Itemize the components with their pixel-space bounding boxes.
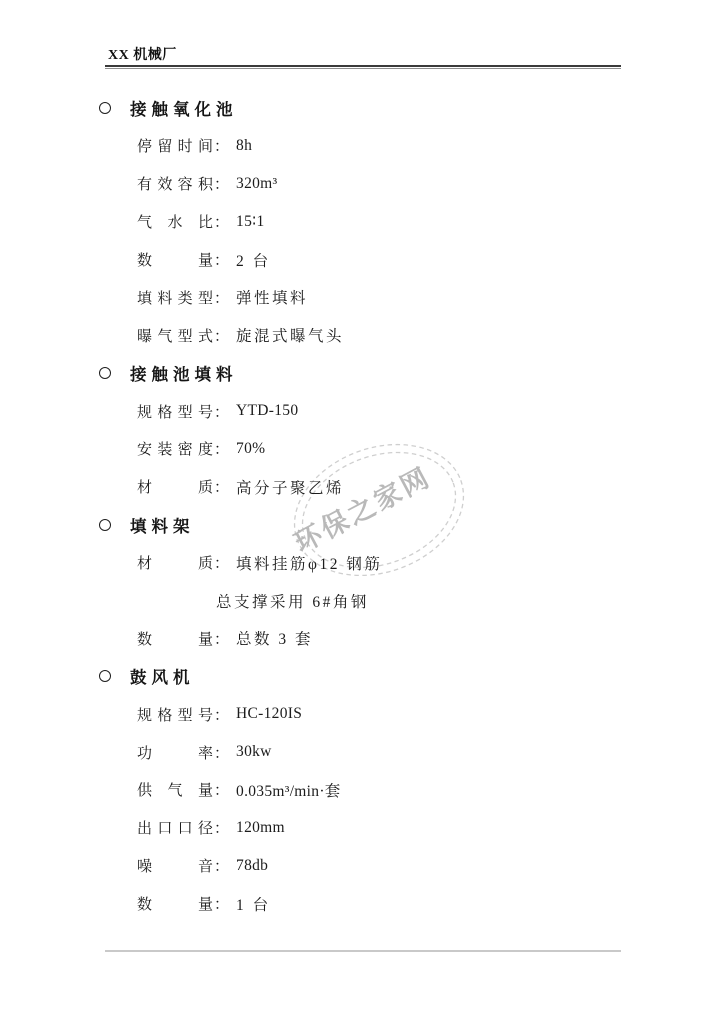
spec-row: 噪音 ： 78db xyxy=(0,847,728,885)
spec-colon: ： xyxy=(214,742,229,763)
spec-label: 规格型号 xyxy=(137,704,213,725)
spec-value: 填料挂筋φ12 钢筋 xyxy=(236,552,382,574)
spec-colon: ： xyxy=(214,287,229,308)
spec-value: YTD-150 xyxy=(236,402,298,420)
spec-label: 曝气型式 xyxy=(137,325,213,346)
circle-bullet-icon xyxy=(99,670,111,682)
spec-colon: ： xyxy=(214,211,229,232)
spec-colon: ： xyxy=(214,893,229,914)
spec-label: 停留时间 xyxy=(137,135,213,156)
spec-label: 出口口径 xyxy=(137,817,213,838)
section-title: 鼓风机 xyxy=(130,664,195,688)
spec-row: 有效容积 ： 320m³ xyxy=(0,165,728,203)
spec-value: 弹性填料 xyxy=(236,286,308,308)
spec-row: 出口口径 ： 120mm xyxy=(0,809,728,847)
spec-row: 曝气型式 ： 旋混式曝气头 xyxy=(0,316,728,354)
spec-colon: ： xyxy=(214,325,229,346)
spec-value: 15∶1 xyxy=(236,212,264,231)
spec-value: 30kw xyxy=(236,743,272,761)
spec-label: 功率 xyxy=(137,742,213,763)
spec-label: 数量 xyxy=(137,893,213,914)
spec-row: 数量 ： 1 台 xyxy=(0,885,728,923)
section-title: 接触氧化池 xyxy=(130,96,238,120)
spec-row: 气水比 ： 15∶1 xyxy=(0,203,728,241)
spec-colon: ： xyxy=(214,855,229,876)
spec-value: 320m³ xyxy=(236,175,277,193)
section-heading: 接触氧化池 xyxy=(0,89,728,127)
section-title: 填料架 xyxy=(130,513,195,537)
spec-value: 8h xyxy=(236,137,252,155)
spec-value: HC-120IS xyxy=(236,705,302,723)
spec-row: 功率 ： 30kw xyxy=(0,733,728,771)
spec-label: 有效容积 xyxy=(137,173,213,194)
spec-value: 1 台 xyxy=(236,893,271,915)
document-page: { "page": { "background": "#ffffff", "te… xyxy=(0,0,728,1030)
header-rule-thin xyxy=(105,68,621,69)
section-heading: 填料架 xyxy=(0,506,728,544)
spec-row: 停留时间 ： 8h xyxy=(0,127,728,165)
spec-label: 供气量 xyxy=(137,779,213,800)
header-rule-thick xyxy=(105,65,621,67)
spec-row: 填料类型 ： 弹性填料 xyxy=(0,278,728,316)
spec-row: 数量 ： 2 台 xyxy=(0,241,728,279)
spec-colon: ： xyxy=(214,817,229,838)
spec-colon: ： xyxy=(214,173,229,194)
spec-colon: ： xyxy=(214,704,229,725)
spec-label: 材质 xyxy=(137,552,213,573)
spec-row: 安装密度 ： 70% xyxy=(0,430,728,468)
spec-value: 0.035m³/min·套 xyxy=(236,779,341,801)
spec-list: 接触氧化池 停留时间 ： 8h 有效容积 ： 320m³ 气水比 ： 15∶1 … xyxy=(0,89,728,923)
spec-row: 规格型号 ： YTD-150 xyxy=(0,392,728,430)
spec-label: 数量 xyxy=(137,628,213,649)
circle-bullet-icon xyxy=(99,102,111,114)
section-heading: 鼓风机 xyxy=(0,657,728,695)
section-title: 接触池填料 xyxy=(130,361,238,385)
spec-row: 材质 ： 高分子聚乙烯 xyxy=(0,468,728,506)
spec-colon: ： xyxy=(214,135,229,156)
spec-value: 旋混式曝气头 xyxy=(236,324,344,346)
spec-value: 高分子聚乙烯 xyxy=(236,476,344,498)
spec-label: 安装密度 xyxy=(137,438,213,459)
spec-colon: ： xyxy=(214,476,229,497)
spec-label: 材质 xyxy=(137,476,213,497)
page-header: XX 机械厂 xyxy=(105,47,621,69)
spec-value: 总支撑采用 6#角钢 xyxy=(216,590,369,612)
circle-bullet-icon xyxy=(99,519,111,531)
spec-row: 供气量 ： 0.035m³/min·套 xyxy=(0,771,728,809)
spec-value: 78db xyxy=(236,857,268,875)
footer-rule xyxy=(105,950,621,952)
spec-label: 规格型号 xyxy=(137,401,213,422)
spec-row: 规格型号 ： HC-120IS xyxy=(0,695,728,733)
spec-row: 数量 ： 总数 3 套 xyxy=(0,619,728,657)
spec-colon: ： xyxy=(214,401,229,422)
circle-bullet-icon xyxy=(99,367,111,379)
spec-value: 70% xyxy=(236,440,265,458)
spec-value: 总数 3 套 xyxy=(236,627,313,649)
spec-colon: ： xyxy=(214,552,229,573)
spec-value: 120mm xyxy=(236,819,285,837)
section-heading: 接触池填料 xyxy=(0,354,728,392)
spec-colon: ： xyxy=(214,628,229,649)
spec-label: 气水比 xyxy=(137,211,213,232)
company-name: XX 机械厂 xyxy=(105,47,621,64)
spec-colon: ： xyxy=(214,779,229,800)
spec-row: 材质 ： 填料挂筋φ12 钢筋 xyxy=(0,544,728,582)
spec-row: 总支撑采用 6#角钢 xyxy=(0,582,728,620)
spec-label: 填料类型 xyxy=(137,287,213,308)
spec-label: 数量 xyxy=(137,249,213,270)
spec-colon: ： xyxy=(214,249,229,270)
spec-label: 噪音 xyxy=(137,855,213,876)
spec-colon: ： xyxy=(214,438,229,459)
spec-value: 2 台 xyxy=(236,249,271,271)
